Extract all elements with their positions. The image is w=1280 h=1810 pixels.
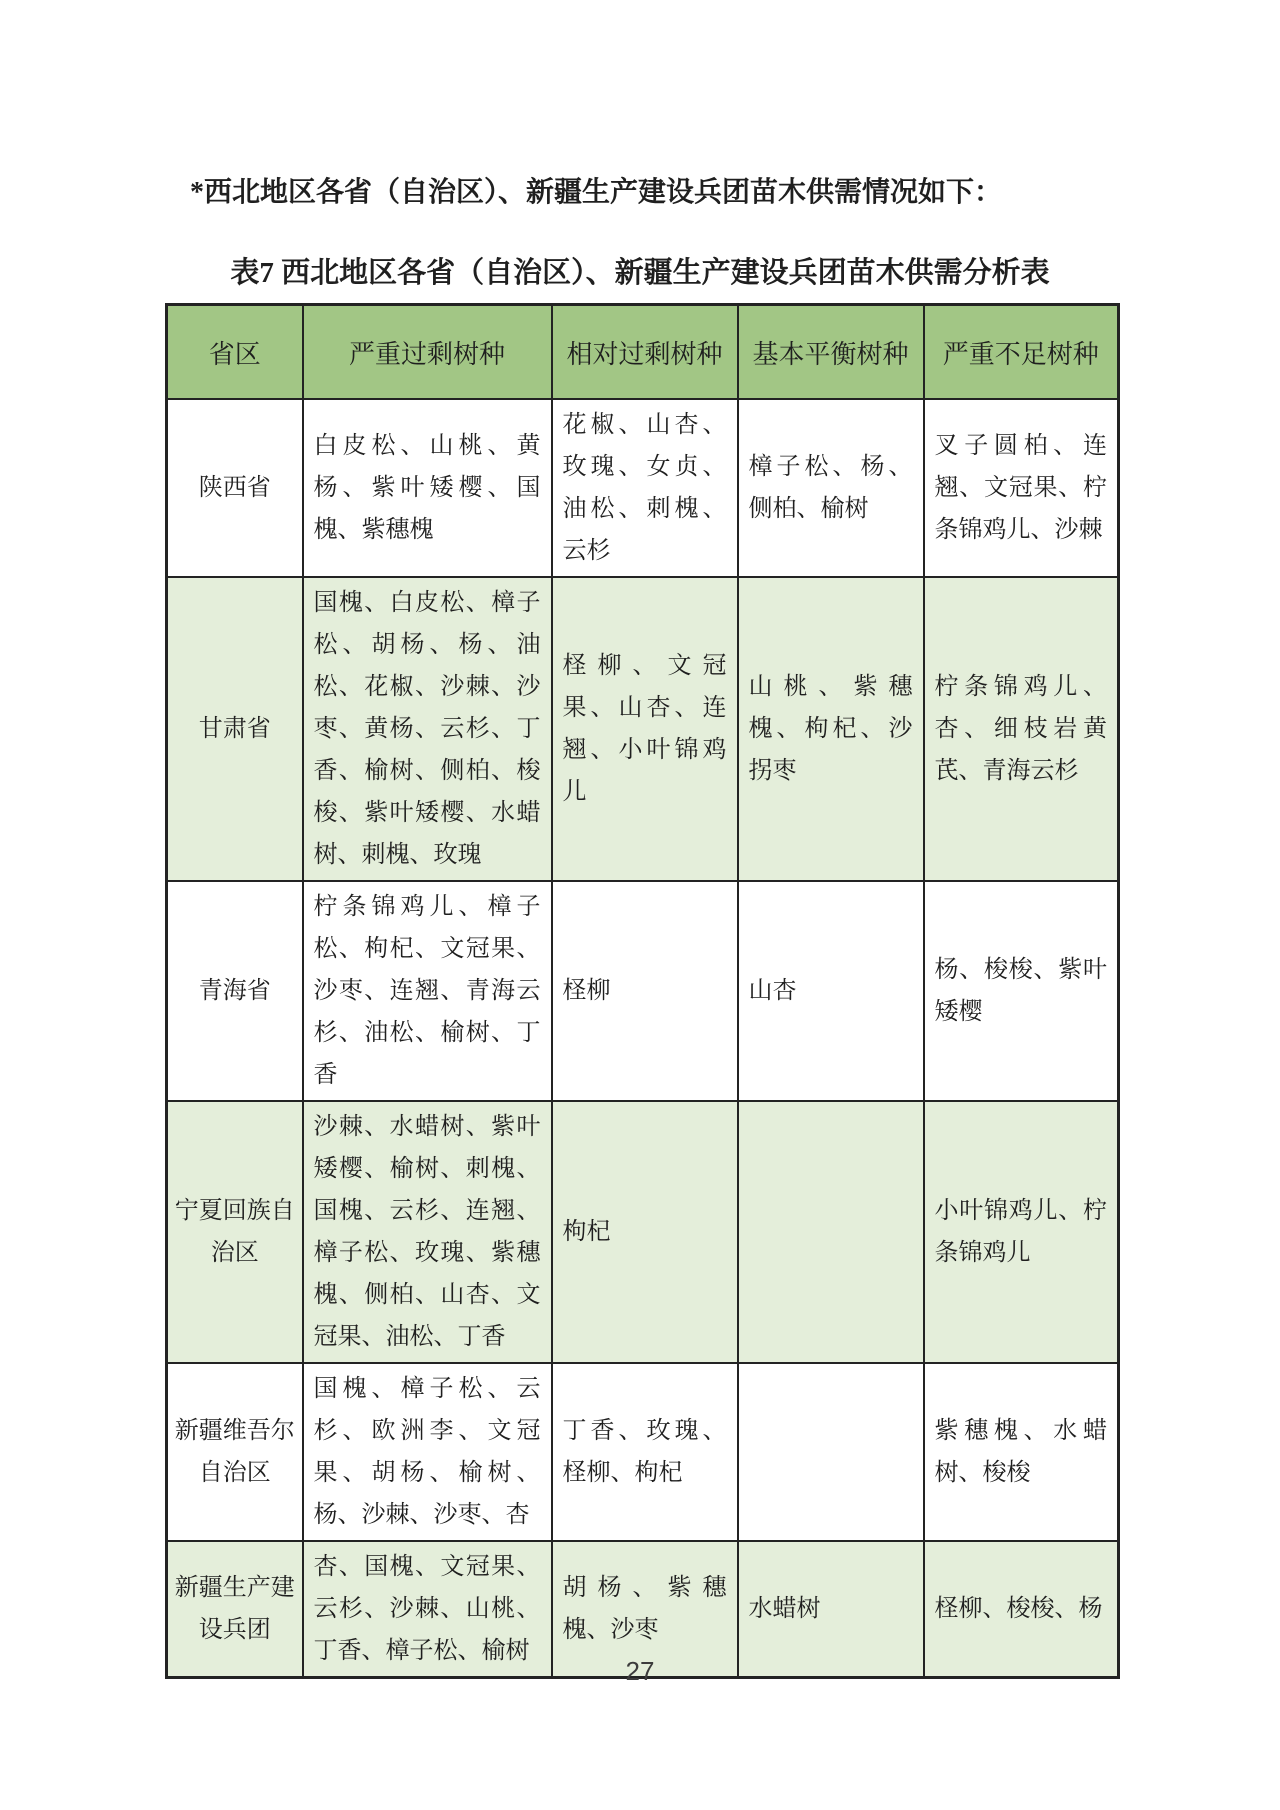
cell-severe-shortage: 小叶锦鸡儿、柠条锦鸡儿 bbox=[924, 1101, 1119, 1363]
cell-balanced: 樟子松、杨、侧柏、榆树 bbox=[738, 399, 924, 577]
cell-severe-surplus: 国槐、白皮松、樟子松、胡杨、杨、油松、花椒、沙棘、沙枣、黄杨、云杉、丁香、榆树、… bbox=[303, 577, 552, 881]
document-page: *西北地区各省（自治区）、新疆生产建设兵团苗木供需情况如下： 表7 西北地区各省… bbox=[0, 0, 1280, 1810]
column-header-relative-surplus: 相对过剩树种 bbox=[552, 305, 738, 400]
cell-balanced: 山桃、紫穗槐、枸杞、沙拐枣 bbox=[738, 577, 924, 881]
page-number: 27 bbox=[0, 1656, 1280, 1687]
cell-relative-surplus: 枸杞 bbox=[552, 1101, 738, 1363]
column-header-severe-surplus: 严重过剩树种 bbox=[303, 305, 552, 400]
table-row-gansu: 甘肃省 国槐、白皮松、樟子松、胡杨、杨、油松、花椒、沙棘、沙枣、黄杨、云杉、丁香… bbox=[167, 577, 1119, 881]
cell-relative-surplus: 丁香、玫瑰、柽柳、枸杞 bbox=[552, 1363, 738, 1541]
table-row-shaanxi: 陕西省 白皮松、山桃、黄杨、紫叶矮樱、国槐、紫穗槐 花椒、山杏、玫瑰、女贞、油松… bbox=[167, 399, 1119, 577]
table-row-qinghai: 青海省 柠条锦鸡儿、樟子松、枸杞、文冠果、沙枣、连翘、青海云杉、油松、榆树、丁香… bbox=[167, 881, 1119, 1101]
cell-region: 宁夏回族自治区 bbox=[167, 1101, 303, 1363]
cell-region: 青海省 bbox=[167, 881, 303, 1101]
cell-severe-surplus: 国槐、樟子松、云杉、欧洲李、文冠果、胡杨、榆树、杨、沙棘、沙枣、杏 bbox=[303, 1363, 552, 1541]
cell-severe-shortage: 柠条锦鸡儿、杏、细枝岩黄芪、青海云杉 bbox=[924, 577, 1119, 881]
cell-severe-surplus: 白皮松、山桃、黄杨、紫叶矮樱、国槐、紫穗槐 bbox=[303, 399, 552, 577]
cell-region: 甘肃省 bbox=[167, 577, 303, 881]
cell-severe-surplus: 柠条锦鸡儿、樟子松、枸杞、文冠果、沙枣、连翘、青海云杉、油松、榆树、丁香 bbox=[303, 881, 552, 1101]
cell-severe-surplus: 沙棘、水蜡树、紫叶矮樱、榆树、刺槐、国槐、云杉、连翘、樟子松、玫瑰、紫穗槐、侧柏… bbox=[303, 1101, 552, 1363]
cell-relative-surplus: 柽柳、文冠果、山杏、连翘、小叶锦鸡儿 bbox=[552, 577, 738, 881]
cell-relative-surplus: 花椒、山杏、玫瑰、女贞、油松、刺槐、云杉 bbox=[552, 399, 738, 577]
column-header-balanced: 基本平衡树种 bbox=[738, 305, 924, 400]
cell-severe-shortage: 杨、梭梭、紫叶矮樱 bbox=[924, 881, 1119, 1101]
table-header-row: 省区 严重过剩树种 相对过剩树种 基本平衡树种 严重不足树种 bbox=[167, 305, 1119, 400]
cell-balanced bbox=[738, 1363, 924, 1541]
cell-severe-shortage: 叉子圆柏、连翘、文冠果、柠条锦鸡儿、沙棘 bbox=[924, 399, 1119, 577]
seedling-supply-table: 省区 严重过剩树种 相对过剩树种 基本平衡树种 严重不足树种 陕西省 白皮松、山… bbox=[165, 303, 1120, 1679]
table-caption: 表7 西北地区各省（自治区）、新疆生产建设兵团苗木供需分析表 bbox=[0, 250, 1280, 291]
cell-balanced bbox=[738, 1101, 924, 1363]
column-header-severe-shortage: 严重不足树种 bbox=[924, 305, 1119, 400]
table-row-ningxia: 宁夏回族自治区 沙棘、水蜡树、紫叶矮樱、榆树、刺槐、国槐、云杉、连翘、樟子松、玫… bbox=[167, 1101, 1119, 1363]
cell-balanced: 山杏 bbox=[738, 881, 924, 1101]
cell-severe-shortage: 紫穗槐、水蜡树、梭梭 bbox=[924, 1363, 1119, 1541]
table-row-xinjiang: 新疆维吾尔自治区 国槐、樟子松、云杉、欧洲李、文冠果、胡杨、榆树、杨、沙棘、沙枣… bbox=[167, 1363, 1119, 1541]
cell-region: 新疆维吾尔自治区 bbox=[167, 1363, 303, 1541]
cell-relative-surplus: 柽柳 bbox=[552, 881, 738, 1101]
cell-region: 陕西省 bbox=[167, 399, 303, 577]
section-heading: *西北地区各省（自治区）、新疆生产建设兵团苗木供需情况如下： bbox=[190, 170, 1002, 210]
column-header-region: 省区 bbox=[167, 305, 303, 400]
